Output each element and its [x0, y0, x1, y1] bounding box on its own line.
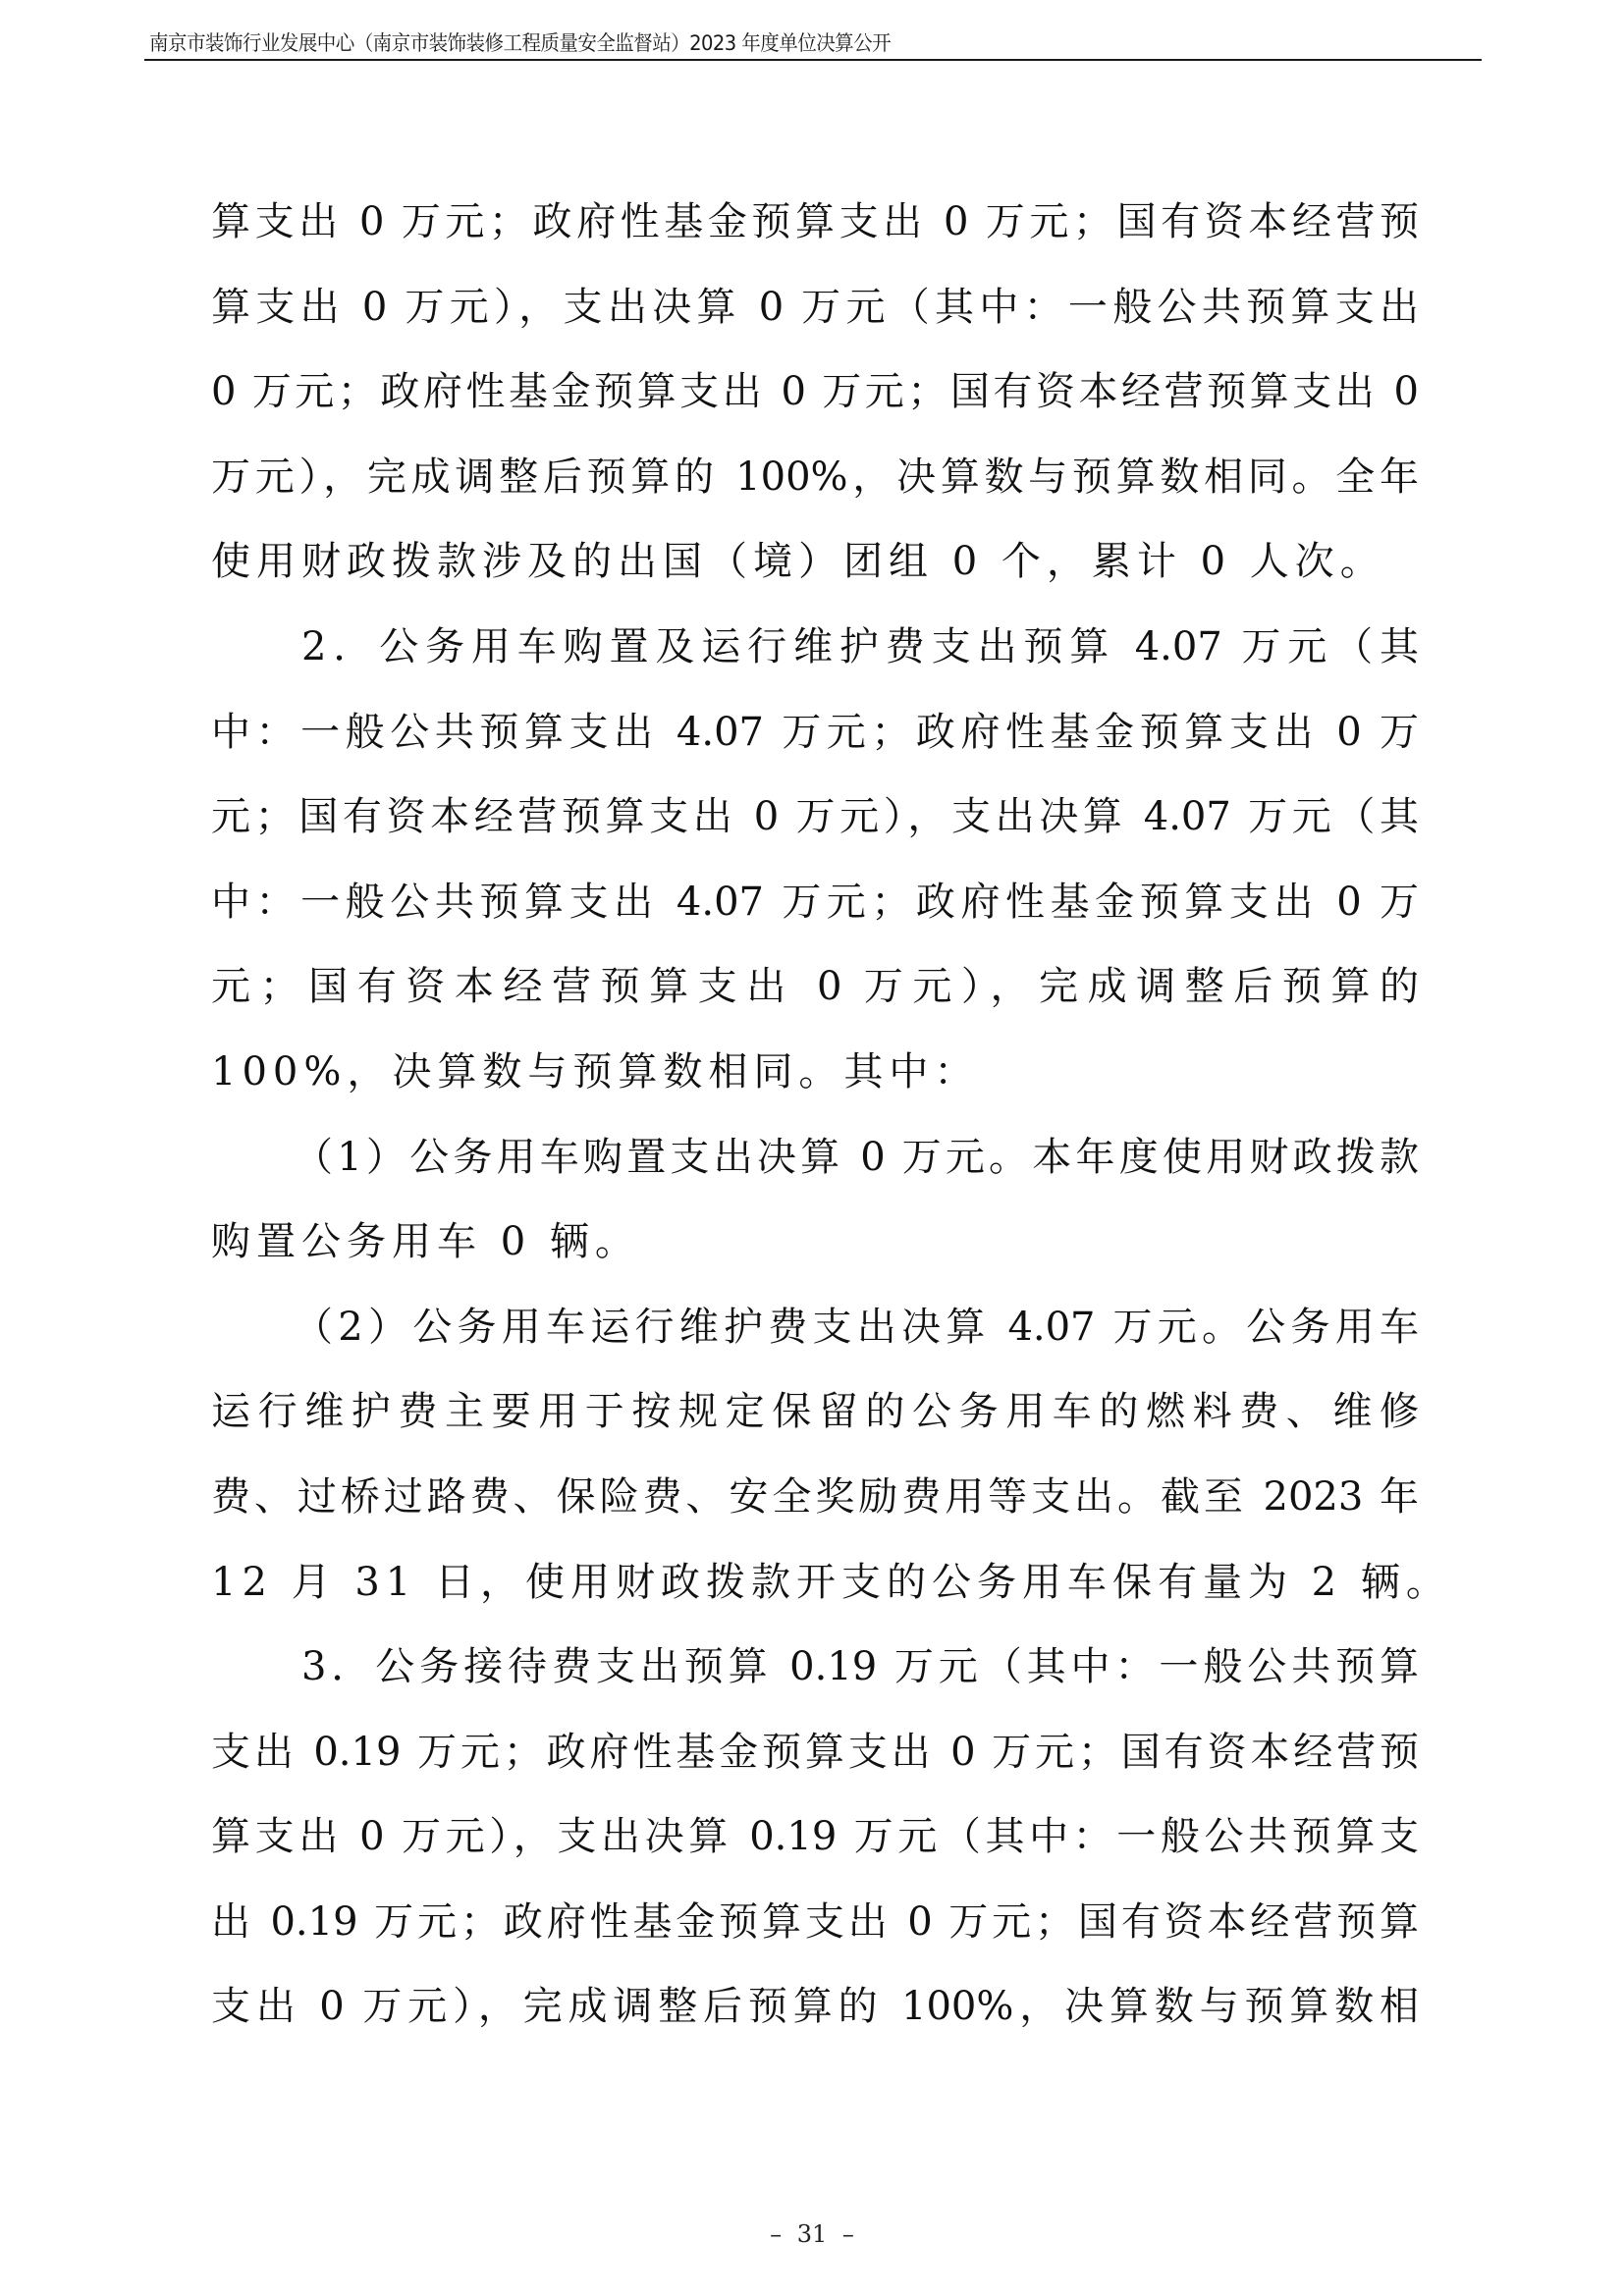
- text-line: 算支出 0 万元），支出决算 0.19 万元（其中：一般公共预算支: [211, 1807, 1419, 1893]
- line-text: 2．公务用车购置及运行维护费支出预算 4.07 万元（其: [211, 617, 1419, 676]
- text-line: 元；国有资本经营预算支出 0 万元），完成调整后预算的: [211, 957, 1419, 1042]
- text-line: 算支出 0 万元；政府性基金预算支出 0 万元；国有资本经营预: [211, 192, 1419, 278]
- text-line: （2）公务用车运行维护费支出决算 4.07 万元。公务用车: [211, 1298, 1419, 1383]
- text-line: 出 0.19 万元；政府性基金预算支出 0 万元；国有资本经营预算: [211, 1893, 1419, 1978]
- line-text: 算支出 0 万元；政府性基金预算支出 0 万元；国有资本经营预: [211, 192, 1419, 251]
- line-text: （1）公务用车购置支出决算 0 万元。本年度使用财政拨款: [211, 1128, 1419, 1187]
- line-text: 出 0.19 万元；政府性基金预算支出 0 万元；国有资本经营预算: [211, 1893, 1419, 1951]
- text-line: 使用财政拨款涉及的出国（境）团组 0 个，累计 0 人次。: [211, 532, 1419, 617]
- text-line: 万元），完成调整后预算的 100%，决算数与预算数相同。全年: [211, 448, 1419, 533]
- line-text: 费、过桥过路费、保险费、安全奖励费用等支出。截至 2023 年: [211, 1468, 1419, 1526]
- page-header: 南京市装饰行业发展中心（南京市装饰装修工程质量安全监督站）2023 年度单位决算…: [144, 20, 1482, 61]
- line-text: 元；国有资本经营预算支出 0 万元），支出决算 4.07 万元（其: [211, 787, 1419, 846]
- line-text: 0 万元；政府性基金预算支出 0 万元；国有资本经营预算支出 0: [211, 362, 1419, 421]
- line-text: 支出 0.19 万元；政府性基金预算支出 0 万元；国有资本经营预: [211, 1723, 1419, 1782]
- text-line: 运行维护费主要用于按规定保留的公务用车的燃料费、维修: [211, 1382, 1419, 1468]
- header-title: 南京市装饰行业发展中心（南京市装饰装修工程质量安全监督站）2023 年度单位决算…: [149, 27, 891, 57]
- text-line: 3．公务接待费支出预算 0.19 万元（其中：一般公共预算: [211, 1637, 1419, 1723]
- text-line: 中：一般公共预算支出 4.07 万元；政府性基金预算支出 0 万: [211, 703, 1419, 788]
- line-text: 使用财政拨款涉及的出国（境）团组 0 个，累计 0 人次。: [211, 532, 1419, 591]
- line-text: 运行维护费主要用于按规定保留的公务用车的燃料费、维修: [211, 1382, 1419, 1441]
- body-text: 算支出 0 万元；政府性基金预算支出 0 万元；国有资本经营预 算支出 0 万元…: [211, 192, 1419, 2062]
- text-line: 2．公务用车购置及运行维护费支出预算 4.07 万元（其: [211, 617, 1419, 703]
- line-text: 100%，决算数与预算数相同。其中：: [211, 1042, 1419, 1101]
- line-text: 购置公务用车 0 辆。: [211, 1212, 1419, 1271]
- line-text: 支出 0 万元），完成调整后预算的 100%，决算数与预算数相: [211, 1977, 1419, 2036]
- page-number: – 31 –: [0, 2220, 1624, 2248]
- line-text: 算支出 0 万元），支出决算 0.19 万元（其中：一般公共预算支: [211, 1807, 1419, 1866]
- text-line: 算支出 0 万元），支出决算 0 万元（其中：一般公共预算支出: [211, 278, 1419, 363]
- line-text: 算支出 0 万元），支出决算 0 万元（其中：一般公共预算支出: [211, 278, 1419, 337]
- line-text: 3．公务接待费支出预算 0.19 万元（其中：一般公共预算: [211, 1637, 1419, 1696]
- text-line: 12 月 31 日，使用财政拨款开支的公务用车保有量为 2 辆。: [211, 1553, 1419, 1638]
- line-text: 中：一般公共预算支出 4.07 万元；政府性基金预算支出 0 万: [211, 703, 1419, 762]
- line-text: 中：一般公共预算支出 4.07 万元；政府性基金预算支出 0 万: [211, 873, 1419, 932]
- text-line: （1）公务用车购置支出决算 0 万元。本年度使用财政拨款: [211, 1128, 1419, 1213]
- text-line: 支出 0.19 万元；政府性基金预算支出 0 万元；国有资本经营预: [211, 1723, 1419, 1808]
- line-text: （2）公务用车运行维护费支出决算 4.07 万元。公务用车: [211, 1298, 1419, 1357]
- line-text: 12 月 31 日，使用财政拨款开支的公务用车保有量为 2 辆。: [211, 1553, 1419, 1612]
- line-text: 元；国有资本经营预算支出 0 万元），完成调整后预算的: [211, 957, 1419, 1016]
- text-line: 费、过桥过路费、保险费、安全奖励费用等支出。截至 2023 年: [211, 1468, 1419, 1553]
- text-line: 购置公务用车 0 辆。: [211, 1212, 1419, 1298]
- line-text: 万元），完成调整后预算的 100%，决算数与预算数相同。全年: [211, 448, 1419, 507]
- text-line: 支出 0 万元），完成调整后预算的 100%，决算数与预算数相: [211, 1977, 1419, 2062]
- text-line: 元；国有资本经营预算支出 0 万元），支出决算 4.07 万元（其: [211, 787, 1419, 873]
- text-line: 0 万元；政府性基金预算支出 0 万元；国有资本经营预算支出 0: [211, 362, 1419, 448]
- text-line: 100%，决算数与预算数相同。其中：: [211, 1042, 1419, 1128]
- text-line: 中：一般公共预算支出 4.07 万元；政府性基金预算支出 0 万: [211, 873, 1419, 958]
